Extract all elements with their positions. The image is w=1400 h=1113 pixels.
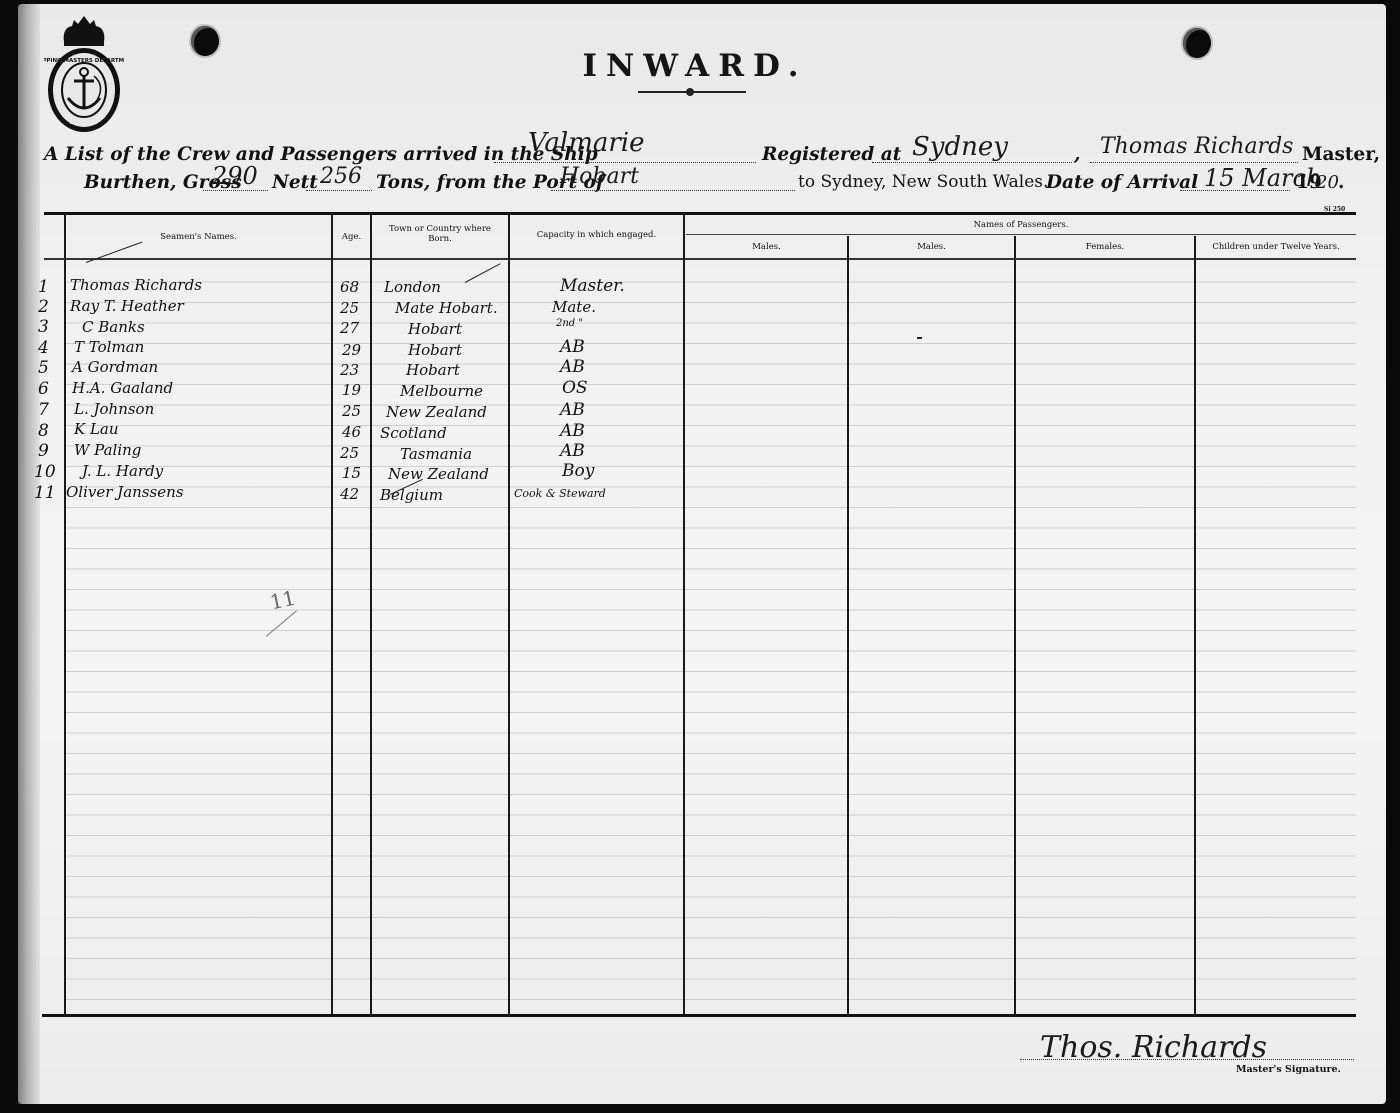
header-bottom-rule bbox=[44, 258, 1356, 260]
torn-left-edge bbox=[18, 4, 40, 1104]
header-males-1: Males. bbox=[686, 242, 847, 252]
shipping-masters-seal-icon: SHIPPING MASTERS DEPARTMENT SYDNEY bbox=[44, 14, 124, 132]
ship-name-field: Valmarie bbox=[528, 128, 645, 158]
svg-text:SHIPPING MASTERS DEPARTMENT: SHIPPING MASTERS DEPARTMENT bbox=[44, 58, 124, 64]
header-names-of-passengers: Names of Passengers. bbox=[686, 220, 1356, 230]
ink-speck bbox=[917, 337, 922, 339]
page-title: INWARD. bbox=[560, 48, 830, 84]
crew-capacity: Boy bbox=[562, 461, 594, 481]
crew-birthplace: London bbox=[384, 278, 441, 296]
crew-birthplace: New Zealand bbox=[388, 465, 489, 483]
crew-birthplace: Scotland bbox=[380, 424, 447, 442]
crew-name: L. Johnson bbox=[74, 400, 154, 418]
destination-label: to Sydney, New South Wales. bbox=[798, 172, 1048, 192]
date-of-arrival-label: Date of Arrival bbox=[1046, 172, 1198, 193]
crew-name: K Lau bbox=[74, 420, 119, 438]
crew-name: Ray T. Heather bbox=[70, 297, 184, 315]
master-signature-label: Master's Signature. bbox=[1236, 1064, 1341, 1075]
year-suffix-field: 20 bbox=[1316, 172, 1339, 193]
crew-capacity: AB bbox=[560, 357, 585, 377]
col-divider-capacity bbox=[508, 214, 510, 1014]
crew-name: H.A. Gaaland bbox=[72, 379, 173, 397]
master-name-dotline bbox=[1090, 162, 1298, 163]
header-males-2: Males. bbox=[849, 242, 1014, 252]
from-port-dotline bbox=[551, 190, 795, 191]
svg-text:SYDNEY: SYDNEY bbox=[69, 118, 99, 126]
header-age: Age. bbox=[333, 232, 370, 242]
from-port-field: Hobart bbox=[560, 164, 639, 189]
crew-capacity: Mate. bbox=[552, 298, 596, 316]
gross-tons-field: 290 bbox=[212, 162, 258, 190]
crew-capacity: 2nd " bbox=[556, 318, 583, 329]
crew-capacity: Cook & Steward bbox=[514, 487, 606, 500]
crew-capacity: Master. bbox=[560, 276, 625, 296]
col-divider-passengers bbox=[683, 214, 685, 1014]
crew-age: 42 bbox=[340, 485, 359, 503]
header-children: Children under Twelve Years. bbox=[1196, 242, 1356, 252]
table-bottom-rule bbox=[42, 1014, 1356, 1017]
col-divider-males2 bbox=[847, 236, 849, 1014]
col-divider-females bbox=[1014, 236, 1016, 1014]
crew-name: A Gordman bbox=[72, 358, 158, 376]
crew-capacity: AB bbox=[560, 421, 585, 441]
header-capacity: Capacity in which engaged. bbox=[510, 230, 683, 240]
title-ornament-rule bbox=[638, 91, 746, 93]
punch-hole-left bbox=[191, 26, 219, 56]
crew-name: J. L. Hardy bbox=[82, 462, 163, 480]
crew-name: Thomas Richards bbox=[70, 276, 202, 294]
col-divider-born bbox=[370, 214, 372, 1014]
header-females: Females. bbox=[1016, 242, 1194, 252]
table-top-rule bbox=[44, 212, 1356, 215]
crew-capacity: AB bbox=[560, 400, 585, 420]
crew-capacity: AB bbox=[560, 337, 585, 357]
ruled-lines bbox=[66, 262, 1356, 1014]
crew-birthplace: Hobart bbox=[408, 320, 462, 338]
crew-birthplace: Hobart bbox=[406, 361, 460, 379]
crew-birthplace: Melbourne bbox=[400, 382, 483, 400]
crew-birthplace: Hobart bbox=[408, 341, 462, 359]
ship-name-dotline bbox=[494, 162, 756, 163]
master-label: Master, bbox=[1302, 144, 1380, 165]
crew-age: 46 bbox=[342, 423, 361, 441]
col-divider-children bbox=[1194, 236, 1196, 1014]
crew-age: 25 bbox=[340, 299, 359, 317]
crew-age: 25 bbox=[342, 402, 361, 420]
crew-age: 25 bbox=[340, 444, 359, 462]
crew-name: Oliver Janssens bbox=[66, 483, 183, 501]
registered-port-field: Sydney bbox=[912, 132, 1008, 162]
crew-birthplace: Tasmania bbox=[400, 445, 472, 463]
crew-birthplace: New Zealand bbox=[386, 403, 487, 421]
crew-age: 23 bbox=[340, 361, 359, 379]
header-seamens-names: Seamen's Names. bbox=[66, 232, 331, 242]
crew-name: C Banks bbox=[82, 318, 145, 336]
header-town-country: Town or Country where Born. bbox=[380, 224, 500, 244]
crew-age: 15 bbox=[342, 464, 361, 482]
col-divider-age bbox=[331, 214, 333, 1014]
master-name-field: Thomas Richards bbox=[1100, 134, 1293, 159]
registered-port-dotline bbox=[872, 162, 1072, 163]
gross-tons-dotline bbox=[203, 190, 268, 191]
crew-age: 19 bbox=[342, 381, 361, 399]
nett-tons-dotline bbox=[306, 190, 372, 191]
master-signature: Thos. Richards bbox=[1040, 1030, 1267, 1065]
col-divider-numbers bbox=[64, 214, 66, 1014]
passenger-group-rule bbox=[686, 234, 1356, 235]
crew-birthplace: Mate Hobart. bbox=[395, 299, 498, 317]
nett-tons-field: 256 bbox=[320, 164, 362, 189]
crew-capacity: OS bbox=[562, 378, 588, 398]
crew-name: T Tolman bbox=[74, 338, 144, 356]
crew-name: W Paling bbox=[74, 441, 141, 459]
crew-capacity: AB bbox=[560, 441, 585, 461]
crew-age: 27 bbox=[340, 319, 359, 337]
punch-hole-right bbox=[1183, 28, 1211, 58]
crew-age: 29 bbox=[342, 341, 361, 359]
crew-age: 68 bbox=[340, 278, 359, 296]
